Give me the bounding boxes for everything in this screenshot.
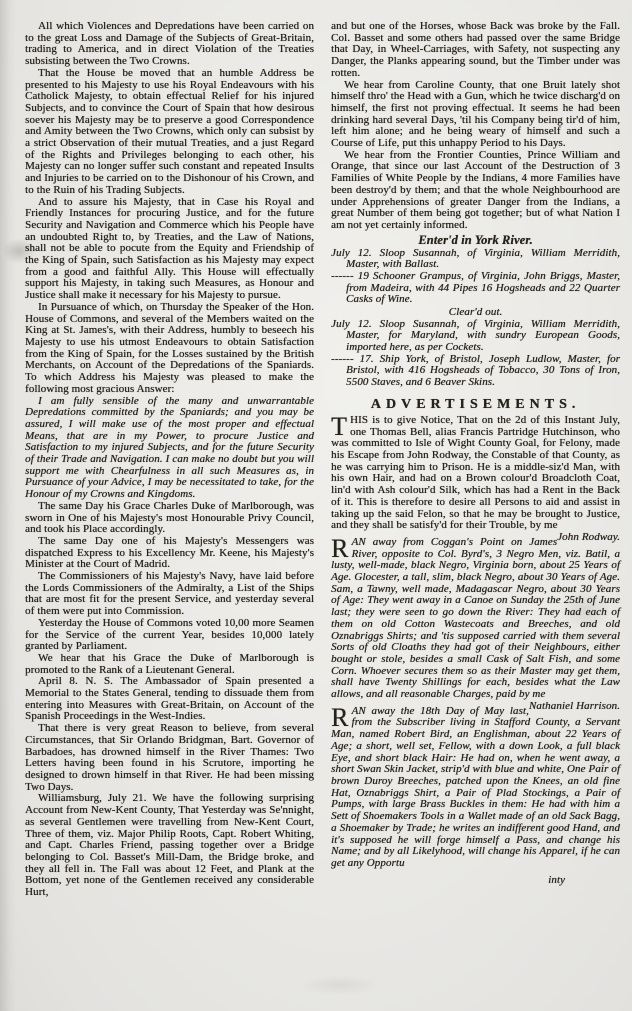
news-paragraph: The Commissioners of his Majesty's Navy,…: [25, 571, 314, 618]
news-paragraph: Yesterday the House of Commons voted 10,…: [25, 618, 314, 653]
news-paragraph: All which Violences and Depredations hav…: [25, 21, 314, 68]
news-paragraph: The same Day his Grace Charles Duke of M…: [25, 501, 314, 536]
ad-signature: Nathaniel Harrison.: [529, 701, 620, 713]
drop-cap: T: [331, 415, 350, 437]
kings-answer-quote: I am fully sensible of the many and unwa…: [25, 396, 314, 501]
cleared-out-heading: Clear'd out.: [331, 306, 620, 319]
scan-smudge: [300, 975, 380, 995]
ad-body-text: AN away the 18th Day of May last, from t…: [331, 705, 620, 869]
ad-body-text: AN away from Coggan's Point on James Riv…: [331, 536, 620, 700]
catchword: inty: [331, 875, 620, 887]
advertisements-heading: ADVERTISEMENTS.: [331, 396, 620, 413]
shipping-entry: ------ 19 Schooner Grampus, of Virginia,…: [331, 271, 620, 306]
advertisement-runaway-stafford: RAN away the 18th Day of May last, from …: [331, 706, 620, 870]
advertisement-runaway-coggans-point: RAN away from Coggan's Point on James Ri…: [331, 537, 620, 701]
news-paragraph: In Pursuance of which, on Thursday the S…: [25, 302, 314, 396]
news-paragraph: We hear that his Grace the Duke of Marlb…: [25, 653, 314, 676]
drop-cap: R: [331, 537, 351, 559]
news-paragraph: The same Day one of his Majesty's Messen…: [25, 536, 314, 571]
news-paragraph: That the House be moved that an humble A…: [25, 68, 314, 197]
newspaper-page: All which Violences and Depredations hav…: [0, 0, 632, 1011]
news-paragraph: April 8. N. S. The Ambassador of Spain p…: [25, 676, 314, 723]
left-column: All which Violences and Depredations hav…: [25, 21, 314, 899]
news-paragraph: We hear from Caroline County, that one B…: [331, 80, 620, 150]
shipping-entry: ------ 17. Ship York, of Bristol, Joseph…: [331, 354, 620, 389]
advertisement-escape-notice: THIS is to give Notice, That on the 2d o…: [331, 415, 620, 532]
news-paragraph: and but one of the Horses, whose Back wa…: [331, 21, 620, 80]
entered-york-river-heading: Enter'd in York River.: [331, 233, 620, 247]
news-paragraph: That there is very great Reason to belie…: [25, 723, 314, 793]
scan-edge-shade: [0, 0, 16, 1011]
shipping-entry: July 12. Sloop Susannah, of Virginia, Wi…: [331, 248, 620, 271]
williamsburg-news-paragraph: Williamsburg, July 21. We have the follo…: [25, 793, 314, 898]
drop-cap: R: [331, 706, 351, 728]
ad-body-text: HIS is to give Notice, That on the 2d of…: [331, 414, 620, 531]
news-paragraph: And to assure his Majesty, that in Case …: [25, 197, 314, 302]
news-paragraph: We hear from the Frontier Counties, Prin…: [331, 150, 620, 232]
shipping-entry: July 12. Sloop Susannah, of Virginia, Wi…: [331, 319, 620, 354]
ad-signature: John Rodway.: [557, 532, 620, 544]
right-column: and but one of the Horses, whose Back wa…: [331, 21, 620, 886]
